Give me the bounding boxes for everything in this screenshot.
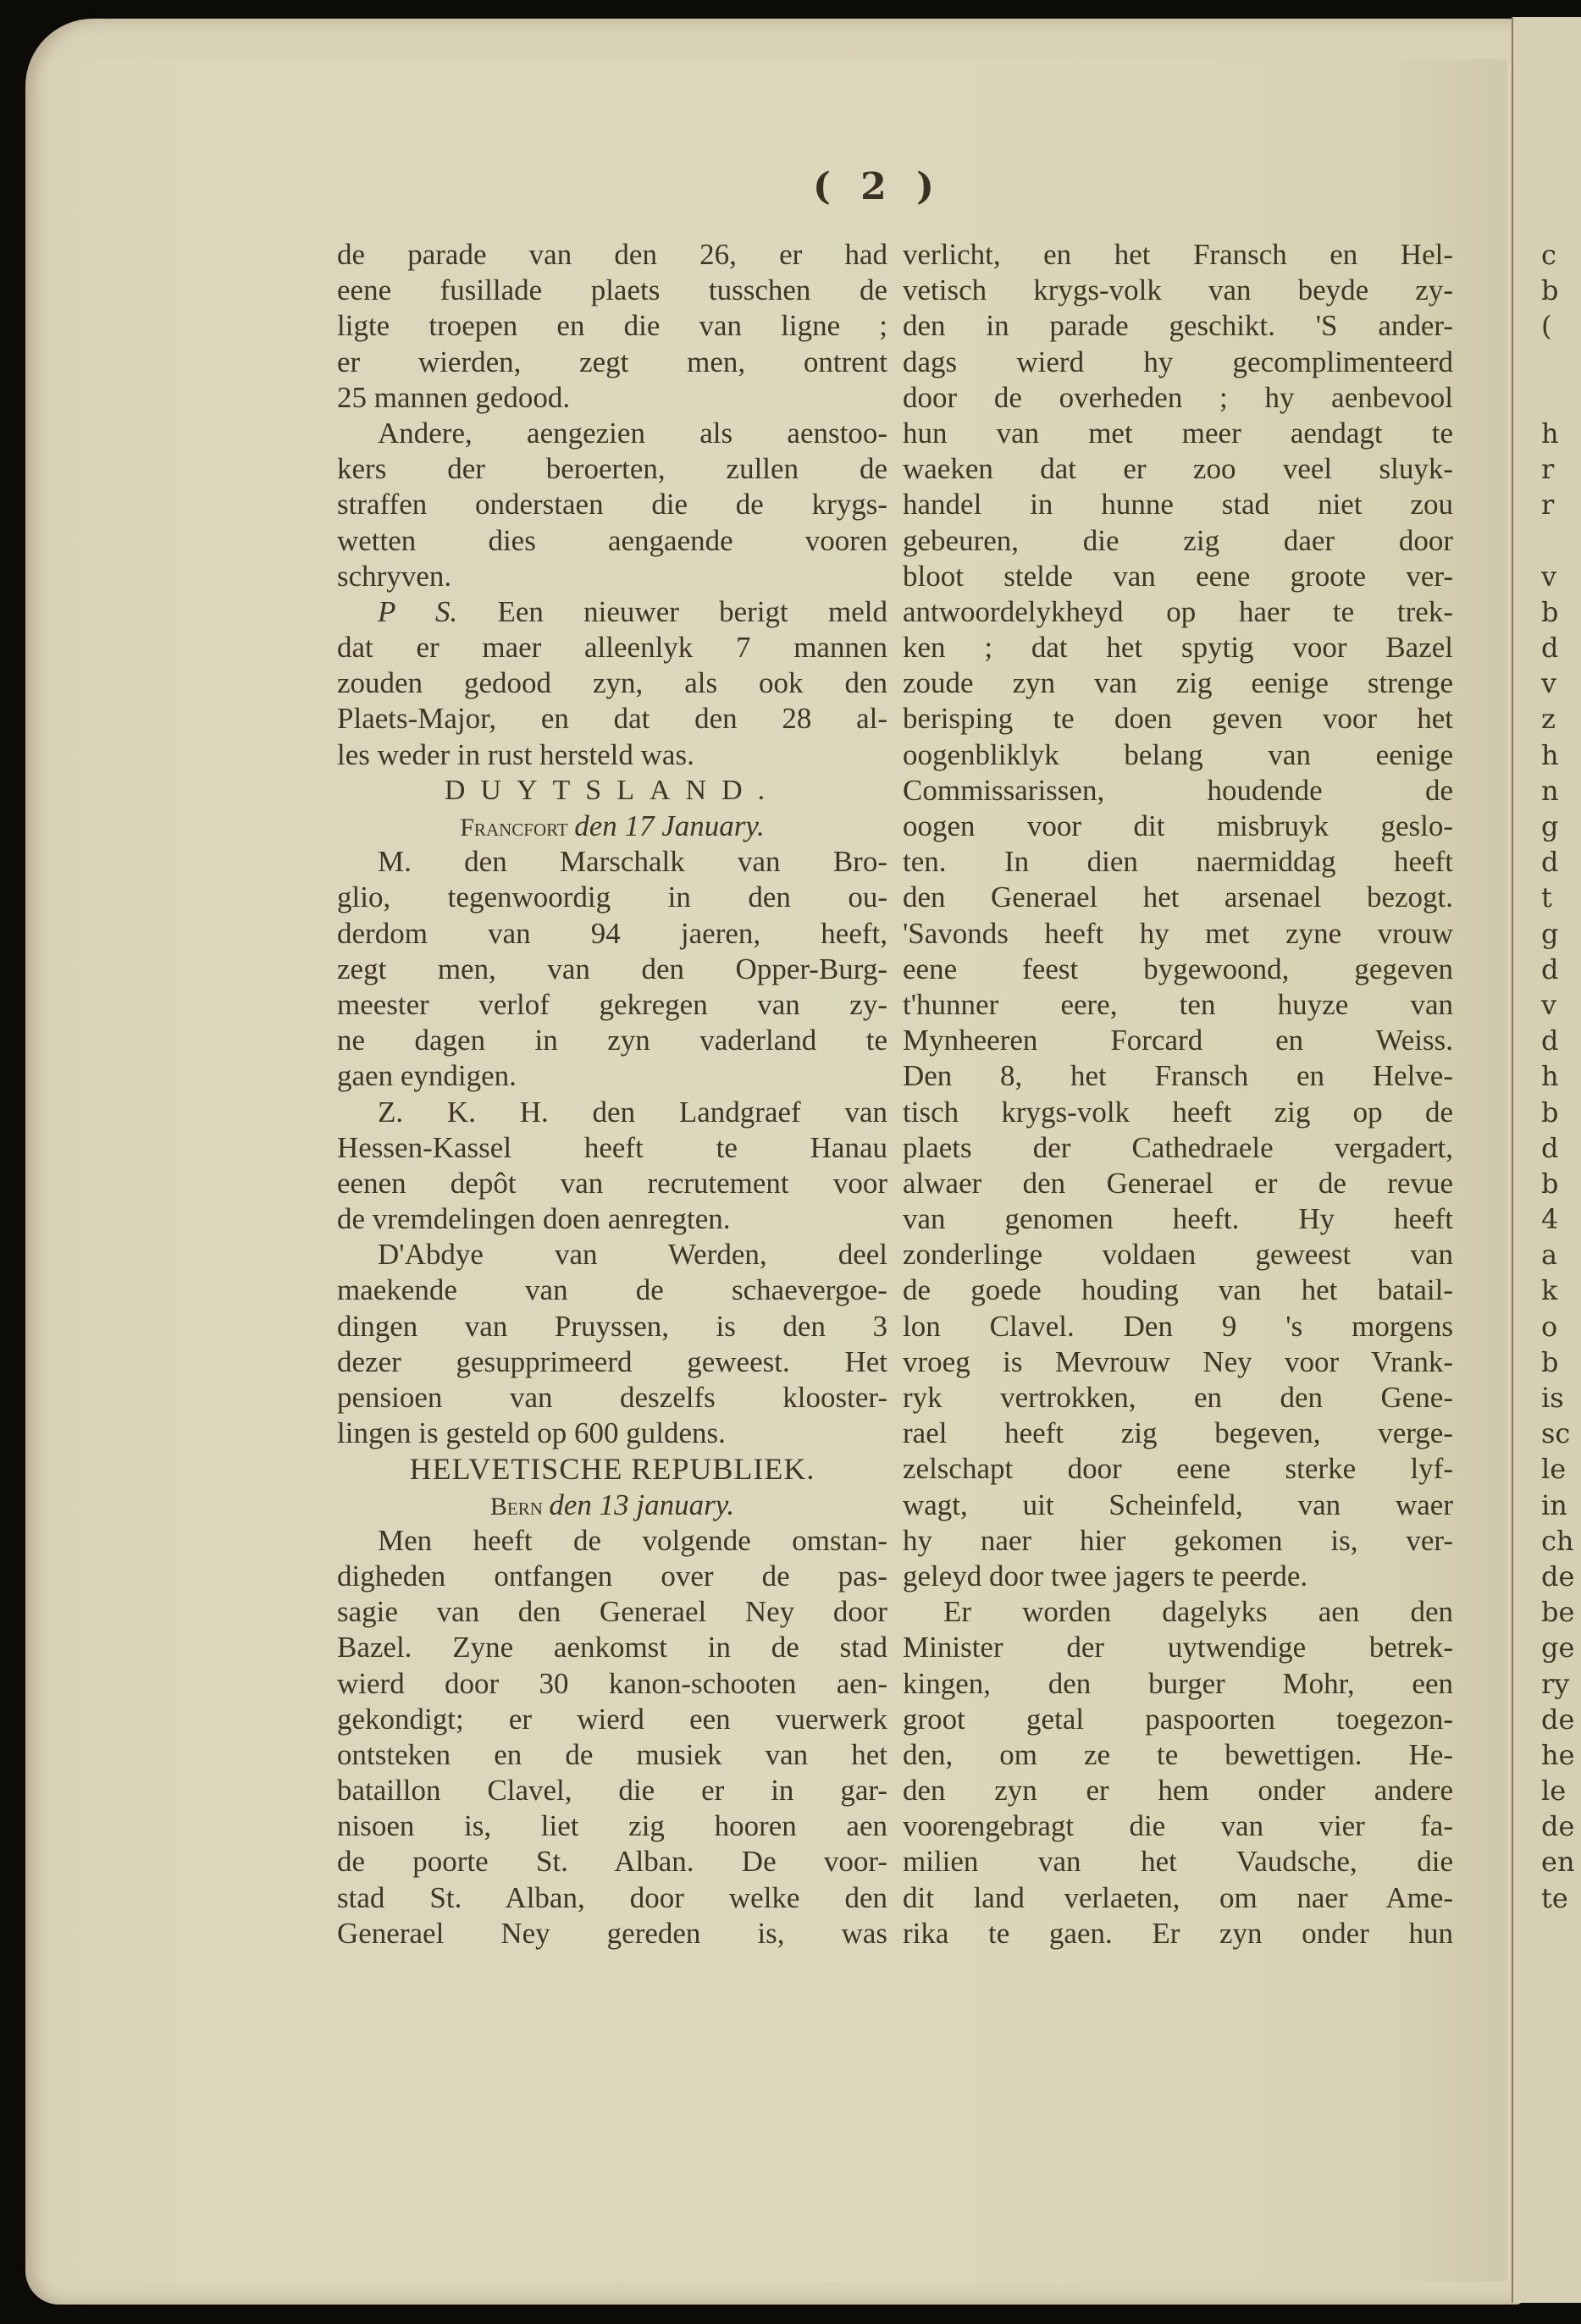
text-line: rael heeft zig begeven, verge- bbox=[903, 1416, 1453, 1451]
text-line: Den 8, het Fransch en Helve- bbox=[903, 1058, 1453, 1094]
text-line: 25 mannen gedood. bbox=[337, 380, 887, 416]
text-line: den, om ze te bewettigen. He- bbox=[903, 1737, 1453, 1773]
text-line: Andere, aengezien als aenstoo- bbox=[337, 416, 887, 451]
text-line: den zyn er hem onder andere bbox=[903, 1773, 1453, 1808]
partial-line-start: h bbox=[1541, 1058, 1581, 1094]
text-line: voorengebragt die van vier fa- bbox=[903, 1808, 1453, 1844]
partial-line-start: de bbox=[1541, 1559, 1581, 1594]
text-line: eene fusillade plaets tusschen de bbox=[337, 273, 887, 308]
text-line: vetisch krygs-volk van beyde zy- bbox=[903, 273, 1453, 308]
partial-line-start: d bbox=[1541, 844, 1581, 880]
partial-line-start: h bbox=[1541, 416, 1581, 451]
text-line: glio, tegenwoordig in den ou- bbox=[337, 880, 887, 915]
text-line: Generael Ney gereden is, was bbox=[337, 1916, 887, 1951]
text-line: Mynheeren Forcard en Weiss. bbox=[903, 1023, 1453, 1058]
partial-line-start: te bbox=[1541, 1880, 1581, 1916]
text-line: Minister der uytwendige betrek- bbox=[903, 1630, 1453, 1665]
text-line: zoude zyn van zig eenige strenge bbox=[903, 665, 1453, 701]
text-line: t'hunner eere, ten huyze van bbox=[903, 987, 1453, 1023]
text-line: ontsteken en de musiek van het bbox=[337, 1737, 887, 1773]
text-line: oogenbliklyk belang van eenige bbox=[903, 737, 1453, 773]
text-line: ligte troepen en die van ligne ; bbox=[337, 308, 887, 344]
partial-line-start: ry bbox=[1541, 1666, 1581, 1702]
partial-line-start: de bbox=[1541, 1808, 1581, 1844]
text-line: pensioen van deszelfs klooster- bbox=[337, 1380, 887, 1416]
text-line: eene feest bygewoond, gegeven bbox=[903, 952, 1453, 987]
text-line: meester verlof gekregen van zy- bbox=[337, 987, 887, 1023]
text-line: waeken dat er zoo veel sluyk- bbox=[903, 451, 1453, 487]
text-line: de parade van den 26, er had bbox=[337, 237, 887, 273]
partial-line-start: h bbox=[1541, 737, 1581, 773]
partial-line-start: en bbox=[1541, 1844, 1581, 1880]
text-line: straffen onderstaen die de krygs- bbox=[337, 487, 887, 522]
partial-line-start: b bbox=[1541, 1344, 1581, 1380]
text-line: gaen eyndigen. bbox=[337, 1058, 887, 1094]
text-line: de goede houding van het batail- bbox=[903, 1272, 1453, 1308]
partial-line-start bbox=[1541, 380, 1581, 416]
text-line: Hessen-Kassel heeft te Hanau bbox=[337, 1130, 887, 1166]
partial-line-start: sc bbox=[1541, 1416, 1581, 1451]
text-line: maekende van de schaevergoe- bbox=[337, 1272, 887, 1308]
text-line: gebeuren, die zig daer door bbox=[903, 523, 1453, 559]
section-heading: HELVETISCHE REPUBLIEK. bbox=[337, 1451, 887, 1487]
partial-line-start: o bbox=[1541, 1309, 1581, 1344]
page-number: ( 2 ) bbox=[813, 165, 943, 208]
partial-line-start: is bbox=[1541, 1380, 1581, 1416]
text-line: groot getal paspoorten toegezon- bbox=[903, 1702, 1453, 1737]
text-line: berisping te doen geven voor het bbox=[903, 701, 1453, 737]
partial-line-start bbox=[1541, 345, 1581, 380]
section-heading: DUYTSLAND. bbox=[337, 773, 887, 809]
partial-line-start: z bbox=[1541, 701, 1581, 737]
partial-line-start: ( bbox=[1541, 308, 1581, 344]
dateline-date: den 13 january. bbox=[549, 1488, 734, 1521]
text-line: Z. K. H. den Landgraef van bbox=[337, 1095, 887, 1130]
text-line: dat er maer alleenlyk 7 mannen bbox=[337, 630, 887, 665]
partial-line-start: v bbox=[1541, 559, 1581, 594]
text-line: de vremdelingen doen aenregten. bbox=[337, 1201, 887, 1237]
partial-line-start bbox=[1541, 523, 1581, 559]
text-line: milien van het Vaudsche, die bbox=[903, 1844, 1453, 1880]
text-line: wierd door 30 kanon-schooten aen- bbox=[337, 1666, 887, 1702]
partial-line-start: n bbox=[1541, 773, 1581, 809]
partial-line-start: de bbox=[1541, 1702, 1581, 1737]
partial-line-start: 4 bbox=[1541, 1201, 1581, 1237]
text-line: schryven. bbox=[337, 559, 887, 594]
text-line: bloot stelde van eene groote ver- bbox=[903, 559, 1453, 594]
partial-line-start: b bbox=[1541, 1166, 1581, 1201]
text-line: zelschapt door eene sterke lyf- bbox=[903, 1451, 1453, 1487]
text-line: derdom van 94 jaeren, heeft, bbox=[337, 916, 887, 952]
partial-line-start: c bbox=[1541, 237, 1581, 273]
text-line: sagie van den Generael Ney door bbox=[337, 1594, 887, 1630]
text-line: dit land verlaeten, om naer Ame- bbox=[903, 1880, 1453, 1916]
text-line: tisch krygs-volk heeft zig op de bbox=[903, 1095, 1453, 1130]
text-line: den Generael het arsenael bezogt. bbox=[903, 880, 1453, 915]
partial-line-start: d bbox=[1541, 1130, 1581, 1166]
text-line: dingen van Pruyssen, is den 3 bbox=[337, 1309, 887, 1344]
text-line: ken ; dat het spytig voor Bazel bbox=[903, 630, 1453, 665]
dateline-date: den 17 January. bbox=[574, 809, 765, 842]
text-line: ne dagen in zyn vaderland te bbox=[337, 1023, 887, 1058]
text-line: digheden ontfangen over de pas- bbox=[337, 1559, 887, 1594]
left-column: de parade van den 26, er hadeene fusilla… bbox=[337, 237, 887, 1951]
text-line: oogen voor dit misbruyk geslo- bbox=[903, 809, 1453, 844]
partial-line-start: d bbox=[1541, 952, 1581, 987]
text-line: 'Savonds heeft hy met zyne vrouw bbox=[903, 916, 1453, 952]
text-line: M. den Marschalk van Bro- bbox=[337, 844, 887, 880]
partial-line-start: g bbox=[1541, 916, 1581, 952]
partial-line-start: t bbox=[1541, 880, 1581, 915]
text-line: verlicht, en het Fransch en Hel- bbox=[903, 237, 1453, 273]
text-line: eenen depôt van recrutement voor bbox=[337, 1166, 887, 1201]
text-line: D'Abdye van Werden, deel bbox=[337, 1237, 887, 1272]
text-line: ten. In dien naermiddag heeft bbox=[903, 844, 1453, 880]
text-line: gekondigt; er wierd een vuerwerk bbox=[337, 1702, 887, 1737]
dateline: Bern den 13 january. bbox=[337, 1488, 887, 1523]
text-line: dezer gesupprimeerd geweest. Het bbox=[337, 1344, 887, 1380]
text-line: lingen is gesteld op 600 guldens. bbox=[337, 1416, 887, 1451]
text-line: stad St. Alban, door welke den bbox=[337, 1880, 887, 1916]
partial-line-start: g bbox=[1541, 809, 1581, 844]
text-line: zonderlinge voldaen geweest van bbox=[903, 1237, 1453, 1272]
partial-line-start: k bbox=[1541, 1272, 1581, 1308]
text-line: nisoen is, liet zig hooren aen bbox=[337, 1808, 887, 1844]
text-line: Commissarissen, houdende de bbox=[903, 773, 1453, 809]
text-line: kers der beroerten, zullen de bbox=[337, 451, 887, 487]
text-line: zouden gedood zyn, als ook den bbox=[337, 665, 887, 701]
dateline-place: Bern bbox=[490, 1493, 550, 1521]
right-column: verlicht, en het Fransch en Hel-vetisch … bbox=[903, 237, 1453, 1951]
partial-line-start: in bbox=[1541, 1488, 1581, 1523]
text-line: Er worden dagelyks aen den bbox=[903, 1594, 1453, 1630]
text-line: P S. Een nieuwer berigt meld bbox=[337, 594, 887, 630]
dateline: Francfort den 17 January. bbox=[337, 809, 887, 844]
partial-line-start: le bbox=[1541, 1451, 1581, 1487]
text-line: hun van met meer aendagt te bbox=[903, 416, 1453, 451]
text-line: zegt men, van den Opper-Burg- bbox=[337, 952, 887, 987]
text-line: vroeg is Mevrouw Ney voor Vrank- bbox=[903, 1344, 1453, 1380]
text-line: lon Clavel. Den 9 's morgens bbox=[903, 1309, 1453, 1344]
text-line: wagt, uit Scheinfeld, van waer bbox=[903, 1488, 1453, 1523]
text-line: antwoordelykheyd op haer te trek- bbox=[903, 594, 1453, 630]
text-line: den in parade geschikt. 'S ander- bbox=[903, 308, 1453, 344]
partial-line-start: r bbox=[1541, 451, 1581, 487]
partial-line-start: he bbox=[1541, 1737, 1581, 1773]
text-line: geleyd door twee jagers te peerde. bbox=[903, 1559, 1453, 1594]
partial-line-start: ch bbox=[1541, 1523, 1581, 1559]
text-line: dags wierd hy gecomplimenteerd bbox=[903, 345, 1453, 380]
partial-line-start: le bbox=[1541, 1773, 1581, 1808]
partial-line-start: b bbox=[1541, 1095, 1581, 1130]
text-line: handel in hunne stad niet zou bbox=[903, 487, 1453, 522]
text-line: wetten dies aengaende vooren bbox=[337, 523, 887, 559]
text-line: les weder in rust hersteld was. bbox=[337, 737, 887, 773]
partial-line-start: d bbox=[1541, 630, 1581, 665]
text-line: hy naer hier gekomen is, ver- bbox=[903, 1523, 1453, 1559]
text-line: er wierden, zegt men, ontrent bbox=[337, 345, 887, 380]
text-line: kingen, den burger Mohr, een bbox=[903, 1666, 1453, 1702]
document-scan: ( 2 ) de parade van den 26, er hadeene f… bbox=[0, 0, 1581, 2324]
text-line: door de overheden ; hy aenbevool bbox=[903, 380, 1453, 416]
text-line: plaets der Cathedraele vergadert, bbox=[903, 1130, 1453, 1166]
partial-line-start: be bbox=[1541, 1594, 1581, 1630]
partial-line-start: d bbox=[1541, 1023, 1581, 1058]
partial-line-start: a bbox=[1541, 1237, 1581, 1272]
text-line: van genomen heeft. Hy heeft bbox=[903, 1201, 1453, 1237]
text-line: rika te gaen. Er zyn onder hun bbox=[903, 1916, 1453, 1951]
partial-line-start: v bbox=[1541, 987, 1581, 1023]
partial-line-start: b bbox=[1541, 594, 1581, 630]
text-line: de poorte St. Alban. De voor- bbox=[337, 1844, 887, 1880]
partial-line-start: ge bbox=[1541, 1630, 1581, 1665]
dateline-place: Francfort bbox=[460, 814, 574, 842]
partial-line-start: b bbox=[1541, 273, 1581, 308]
text-line: bataillon Clavel, die er in gar- bbox=[337, 1773, 887, 1808]
text-line: alwaer den Generael er de revue bbox=[903, 1166, 1453, 1201]
text-line: Men heeft de volgende omstan- bbox=[337, 1523, 887, 1559]
partial-line-start: r bbox=[1541, 487, 1581, 522]
next-page-partial-column: cb(hrrvbdvzhngdtgdvdhbdb4akobisscleinchd… bbox=[1541, 237, 1581, 1916]
partial-line-start: v bbox=[1541, 665, 1581, 701]
text-line: Bazel. Zyne aenkomst in de stad bbox=[337, 1630, 887, 1665]
text-line: Plaets-Major, en dat den 28 al- bbox=[337, 701, 887, 737]
text-line: ryk vertrokken, en den Gene- bbox=[903, 1380, 1453, 1416]
